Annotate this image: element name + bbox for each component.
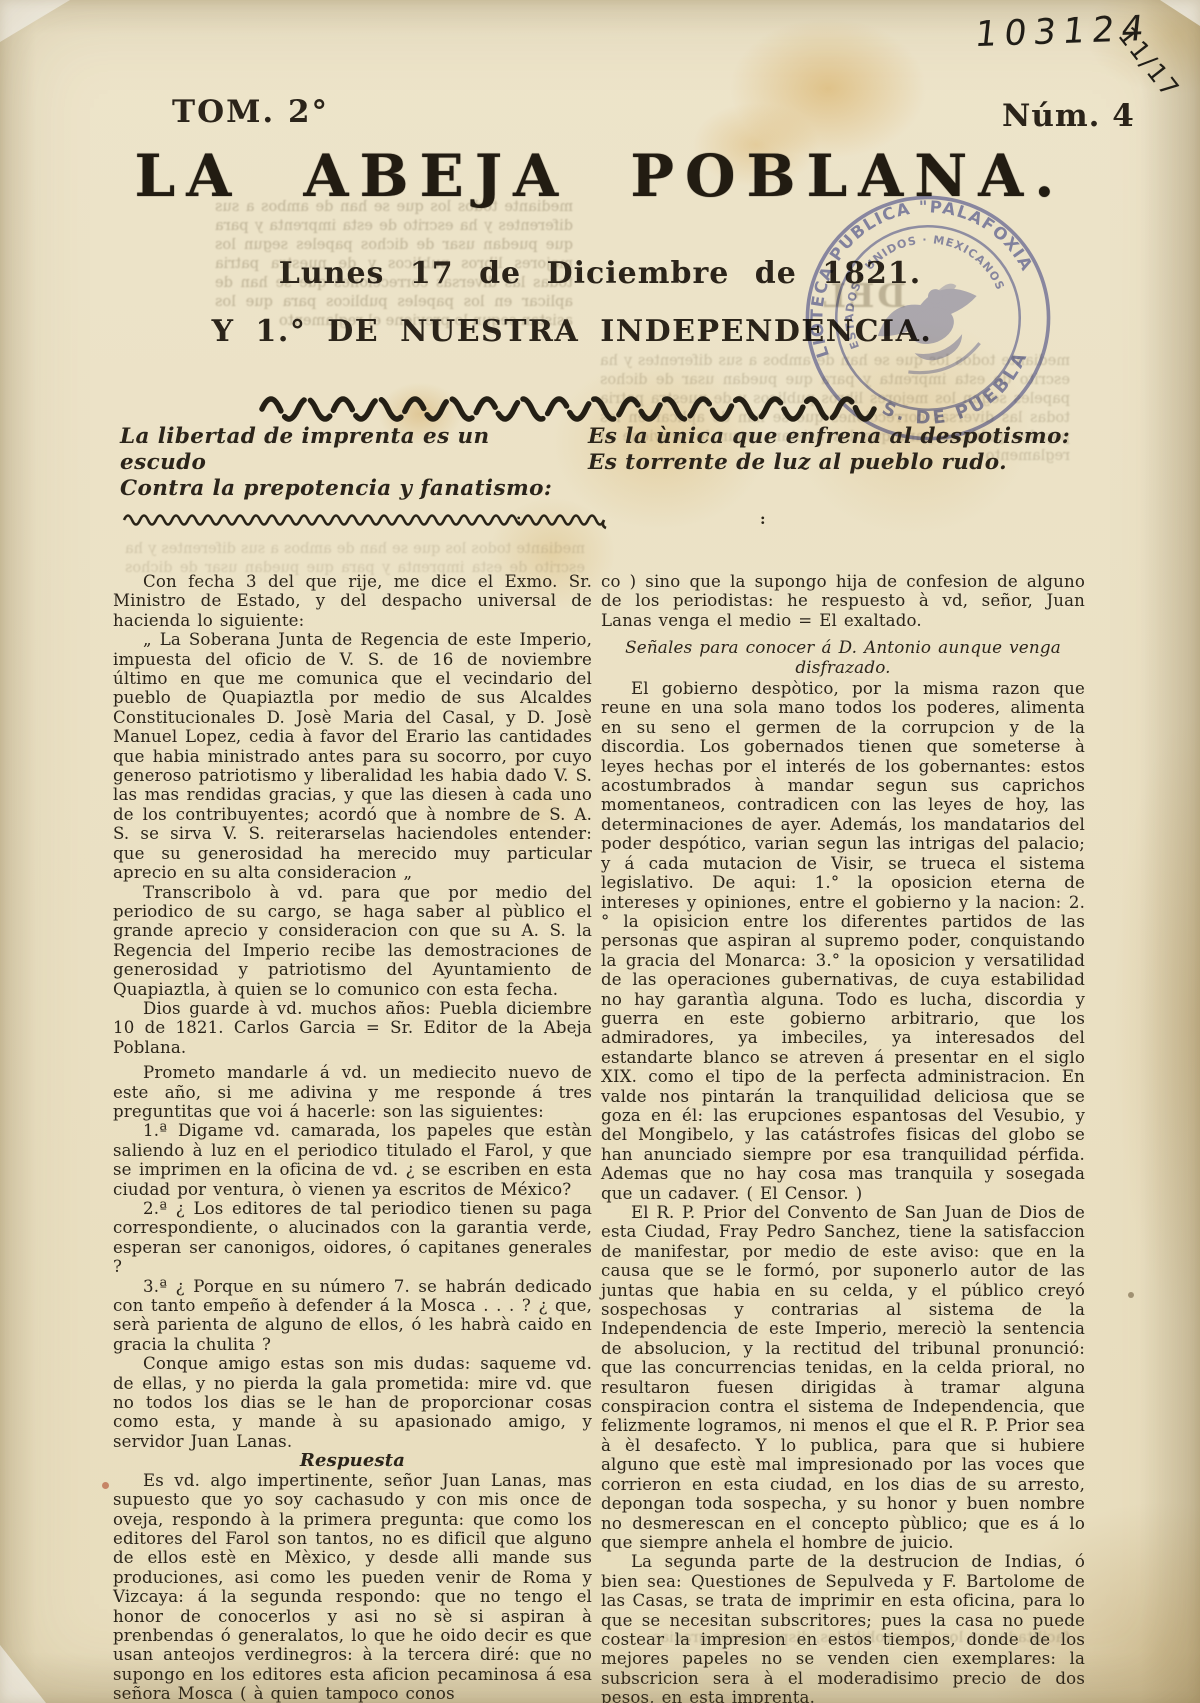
epigraph-line: Contra la prepotencia y fanatismo: — [120, 476, 570, 502]
paragraph: El gobierno despòtico, por la misma razo… — [601, 679, 1085, 1203]
epigraph-line: La libertad de imprenta es un escudo — [120, 424, 570, 476]
eagle-emblem — [869, 275, 997, 387]
epigraph-right: Es la ùnica que enfrena al despotismo: E… — [588, 424, 1088, 476]
paragraph: Conque amigo estas son mis dudas: saquem… — [113, 1354, 592, 1451]
left-column: Con fecha 3 del que rije, me dice el Exm… — [113, 572, 592, 1672]
chain-divider-colon: : — [516, 510, 522, 528]
section-heading: Señales para conocer á D. Antonio aunque… — [601, 638, 1085, 677]
paragraph: Prometo mandarle á vd. un mediecito nuev… — [113, 1063, 592, 1121]
paragraph: 3.ª ¿ Porque en su número 7. se habrán d… — [113, 1277, 592, 1355]
wavy-divider — [258, 394, 878, 422]
epigraph-line: Es torrente de luz al pueblo rudo. — [588, 450, 1088, 476]
tome-label: TOM. 2° — [172, 94, 329, 130]
paragraph: 1.ª Digame vd. camarada, los papeles que… — [113, 1121, 592, 1199]
page-corner-tear — [0, 1645, 46, 1703]
paragraph: La segunda parte de la destrucion de Ind… — [601, 1552, 1085, 1703]
paragraph: „ La Soberana Junta de Regencia de este … — [113, 630, 592, 882]
paragraph: co ) sino que la supongo hija de confesi… — [601, 572, 1085, 630]
paragraph: Dios guarde à vd. muchos años: Puebla di… — [113, 999, 592, 1057]
epigraph-left: La libertad de imprenta es un escudo Con… — [120, 424, 570, 502]
age-speck — [566, 1536, 571, 1541]
chain-divider: : : — [118, 510, 1086, 530]
page-corner-tear — [1160, 0, 1200, 26]
paragraph: Transcribolo à vd. para que por medio de… — [113, 883, 592, 999]
chain-divider-colon: : — [760, 510, 766, 528]
response-heading: Respuesta — [113, 1451, 592, 1470]
age-speck — [1128, 1292, 1134, 1298]
epigraph-line: Es la ùnica que enfrena al despotismo: — [588, 424, 1088, 450]
right-column: co ) sino que la supongo hija de confesi… — [601, 572, 1085, 1672]
issue-number: Núm. 4 — [1002, 98, 1135, 134]
paragraph: El R. P. Prior del Convento de San Juan … — [601, 1203, 1085, 1552]
age-speck — [102, 1482, 109, 1489]
newspaper-page: mediante todos los que se han de ambos a… — [0, 0, 1200, 1703]
page-corner-tear — [0, 0, 70, 42]
paragraph: Es vd. algo impertinente, señor Juan Lan… — [113, 1471, 592, 1703]
paragraph: 2.ª ¿ Los editores de tal periodico tien… — [113, 1199, 592, 1277]
paragraph: Con fecha 3 del que rije, me dice el Exm… — [113, 572, 592, 630]
